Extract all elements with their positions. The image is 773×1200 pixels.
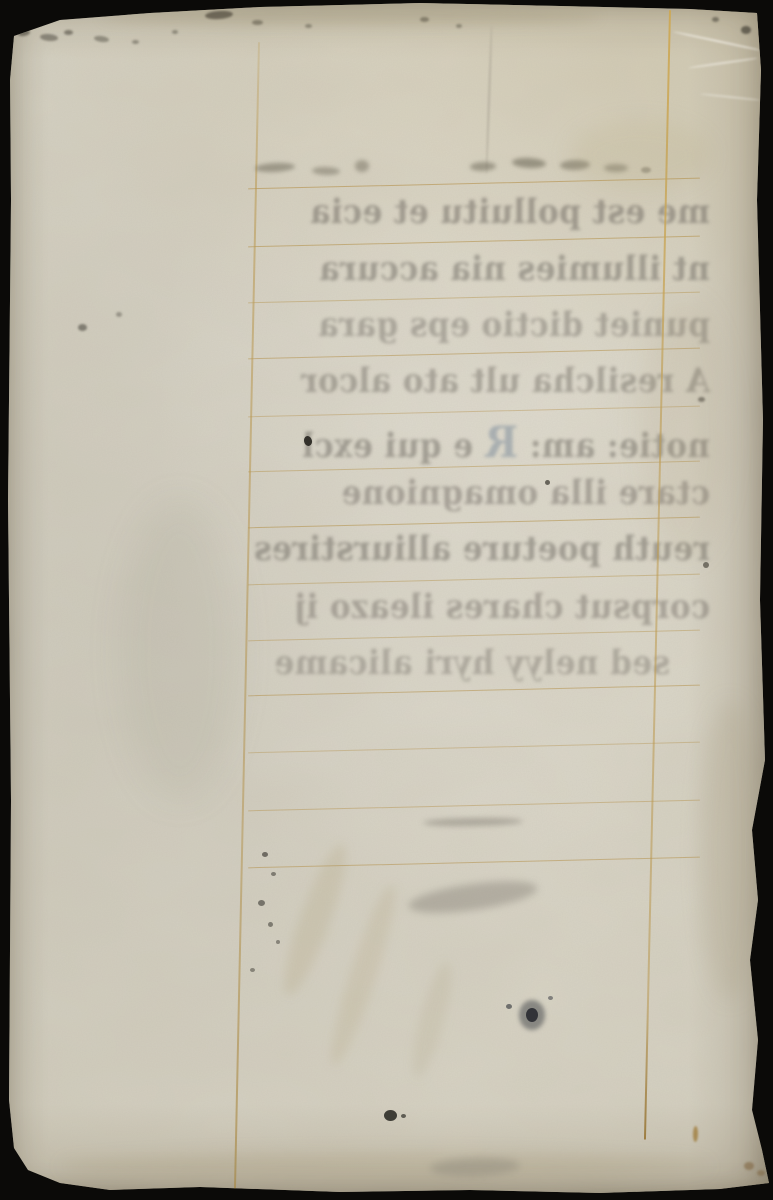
stain-mark [519, 1000, 545, 1030]
stain-mark [303, 435, 313, 447]
stain-mark [456, 24, 462, 28]
stain-mark [698, 397, 705, 402]
stain-mark [673, 31, 761, 52]
stain-mark [384, 1110, 397, 1121]
stain-mark [485, 25, 492, 175]
stain-mark [60, 1152, 710, 1180]
stain-mark [405, 959, 459, 1081]
stain-mark [255, 162, 295, 173]
stain-mark [744, 1162, 754, 1170]
stain-mark [506, 1004, 512, 1009]
stain-mark [276, 940, 280, 944]
stain-mark [693, 1126, 698, 1142]
stain-mark [512, 157, 546, 169]
stain-mark [18, 29, 31, 37]
stain-mark [94, 35, 110, 43]
stain-mark [40, 33, 59, 42]
stain-mark [641, 167, 651, 173]
stain-mark [262, 852, 268, 857]
stain-mark [120, 500, 240, 800]
stain-mark [560, 159, 590, 170]
stain-mark [268, 922, 273, 927]
stain-mark [78, 324, 87, 331]
stain-mark [703, 562, 709, 568]
stain-mark [700, 93, 760, 101]
stain-mark [312, 167, 340, 176]
stain-mark [205, 10, 233, 20]
stain-mark [100, 8, 600, 26]
stain-mark [250, 968, 255, 972]
stain-mark [640, 300, 730, 560]
stain-mark [570, 120, 710, 190]
stain-marks-layer [0, 0, 773, 1200]
stain-mark [407, 875, 539, 919]
stain-mark [401, 1114, 406, 1118]
stain-mark [741, 26, 751, 34]
stain-mark [252, 20, 263, 25]
stain-mark [172, 30, 178, 34]
stain-mark [688, 57, 758, 69]
stain-mark [757, 1170, 765, 1176]
stain-mark [470, 162, 496, 172]
stain-mark [420, 17, 429, 22]
stain-mark [548, 996, 553, 1000]
stain-mark [712, 17, 719, 22]
stain-mark [355, 160, 369, 172]
stain-mark [604, 164, 628, 172]
stain-mark [526, 1008, 538, 1022]
stain-mark [258, 900, 265, 906]
manuscript-page: me est polluitu et eciant illumies nia a… [0, 0, 773, 1200]
stain-mark [321, 881, 404, 1070]
manuscript-photo: { "page": { "description_label": "blank … [0, 0, 773, 1200]
stain-mark [132, 40, 139, 44]
stain-mark [700, 700, 760, 1000]
stain-mark [274, 840, 357, 1001]
stain-mark [545, 480, 550, 485]
stain-mark [305, 24, 312, 28]
stain-mark [64, 30, 73, 35]
stain-mark [430, 1156, 521, 1177]
stain-mark [116, 312, 122, 317]
stain-mark [271, 872, 276, 876]
stain-mark [423, 817, 523, 827]
